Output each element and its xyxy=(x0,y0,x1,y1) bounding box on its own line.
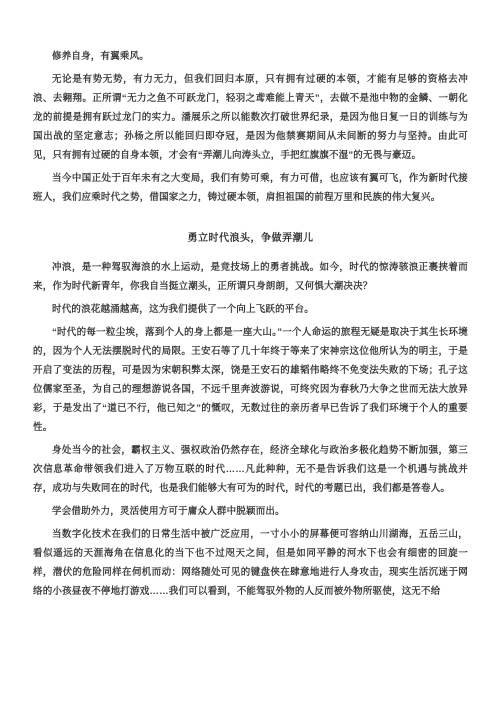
paragraph-new-era-conclusion: 当今中国正处于百年未有之大变局，我们有势可乘，有力可借，也应该有翼可飞，作为新时… xyxy=(33,169,468,207)
paragraph-digital-technology: 当数字化技术在我们的日常生活中被广泛应用，一寸小小的屏幕便可容纳山川湖海，五岳三… xyxy=(33,525,468,601)
paragraph-ability-argument: 无论是有势无势，有力无力，但我们回归本原，只有拥有过硬的本领，才能有足够的资格去… xyxy=(33,70,468,165)
paragraph-current-society: 身处当今的社会，霸权主义、强权政治仍然存在，经济全球化与政治多极化趋势不断加强，… xyxy=(33,441,468,498)
essay-title: 勇立时代浪头，争做弄潮儿 xyxy=(33,231,468,247)
paragraph-self-cultivation: 修养自身，有翼乘风。 xyxy=(33,47,468,66)
document-page: 修养自身，有翼乘风。 无论是有势无势，有力无力，但我们回归本原，只有拥有过硬的本… xyxy=(0,0,500,709)
paragraph-external-force: 学会借助外力，灵活使用方可于庸众人群中脱颖而出。 xyxy=(33,502,468,521)
paragraph-wave-platform: 时代的浪花越涌越高，这为我们提供了一个向上飞跃的平台。 xyxy=(33,300,468,319)
paragraph-surfing-intro: 冲浪，是一种驾驭海浪的水上运动，是竞技场上的勇者挑战。如今，时代的惊涛骇浪正裹挟… xyxy=(33,258,468,296)
paragraph-era-dust-examples: “时代的每一粒尘埃，落到个人的身上都是一座大山。”一个人命运的旅程无疑是取决于其… xyxy=(33,323,468,437)
